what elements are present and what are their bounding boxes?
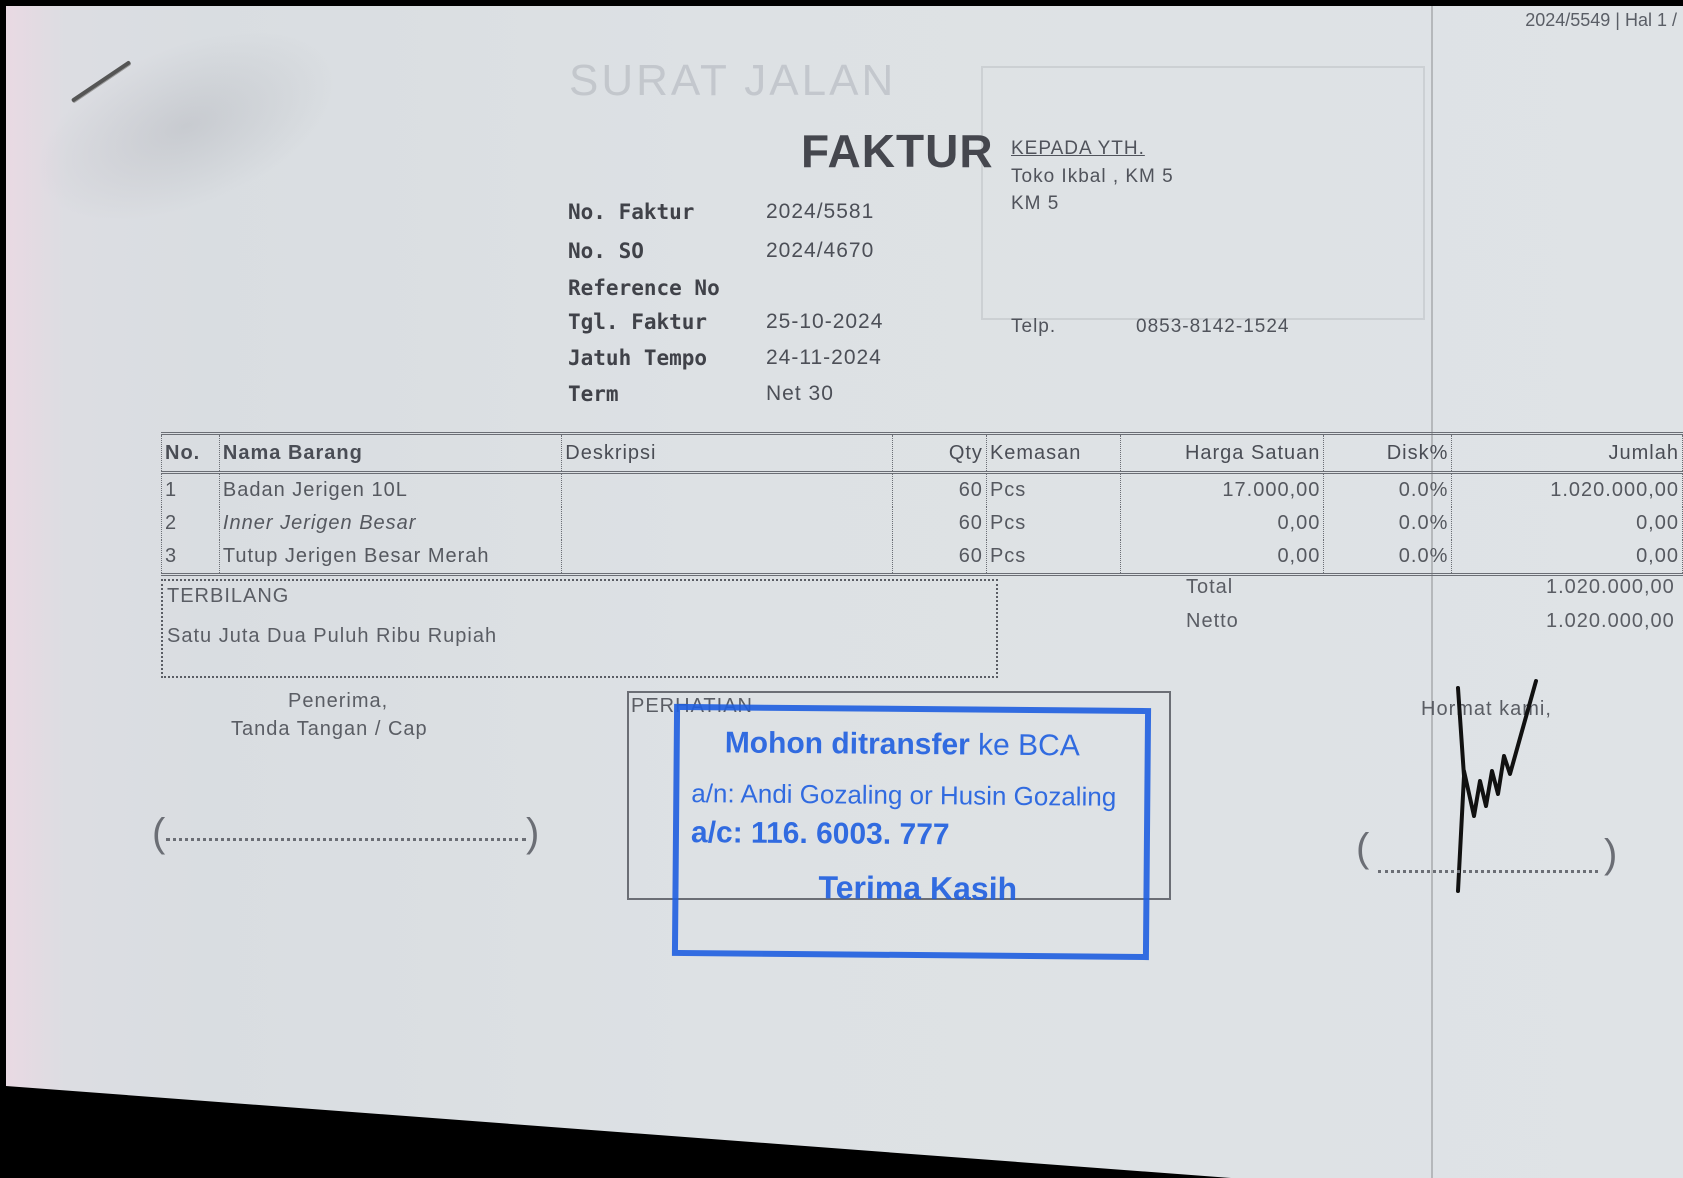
col-header-kemasan: Kemasan [986,434,1121,473]
recipient-heading: KEPADA YTH. [1011,138,1145,160]
invoice-paper: SURAT JALAN 2024/5549 | Hal 1 / FAKTUR K… [6,6,1683,1178]
cell-deskripsi [562,473,893,508]
cell-kemasan: Pcs [986,473,1121,508]
reference-label: Reference No [568,276,720,300]
table-header-row: No. Nama Barang Deskripsi Qty Kemasan Ha… [162,434,1683,473]
cell-kemasan: Pcs [986,540,1121,575]
cell-deskripsi [562,507,893,540]
sender-sign-paren-left: ( [1356,826,1369,871]
jatuh-tempo-value: 24-11-2024 [766,346,882,370]
stamp-line1: Mohon ditransfer ke BCA [725,726,1080,763]
table-row: 1 Badan Jerigen 10L 60 Pcs 17.000,00 0.0… [162,473,1683,508]
cell-disk: 0.0% [1324,507,1452,540]
sender-sign-paren-right: ) [1604,832,1617,877]
cell-jumlah: 1.020.000,00 [1452,473,1683,508]
stamp-line3: a/c: 116. 6003. 777 [691,816,950,852]
table-row: 3 Tutup Jerigen Besar Merah 60 Pcs 0,00 … [162,540,1683,575]
receiver-sign-paren-right: ) [526,811,539,856]
cell-no: 3 [162,540,220,575]
tgl-faktur-label: Tgl. Faktur [568,310,707,334]
stamp-line4: Terima Kasih [818,869,1017,908]
cell-qty: 60 [893,473,986,508]
stamp-line2: a/n: Andi Gozaling or Husin Gozaling [691,778,1116,813]
phone-label: Telp. [1011,316,1056,338]
netto-label: Netto [1186,610,1239,633]
cell-deskripsi [562,540,893,575]
stamp-line1-rest: ke BCA [970,729,1080,763]
term-value: Net 30 [766,382,834,406]
total-value: 1.020.000,00 [1546,576,1675,599]
cell-kemasan: Pcs [986,507,1121,540]
page-title: FAKTUR [801,124,994,178]
tgl-faktur-value: 25-10-2024 [766,310,883,334]
recipient-line2: KM 5 [1011,193,1059,215]
cell-harga: 0,00 [1121,507,1324,540]
handwritten-signature-icon [1446,676,1556,896]
col-header-jumlah: Jumlah [1452,434,1683,473]
ghost-title: SURAT JALAN [569,56,896,106]
col-header-harga: Harga Satuan [1121,434,1324,473]
no-faktur-label: No. Faktur [568,200,694,224]
cell-disk: 0.0% [1324,540,1452,575]
cell-qty: 60 [893,540,986,575]
terbilang-box: TERBILANG Satu Juta Dua Puluh Ribu Rupia… [161,579,998,678]
stamp-line1-bold: Mohon ditransfer [725,726,970,761]
no-faktur-value: 2024/5581 [766,200,874,224]
table-row: 2 Inner Jerigen Besar 60 Pcs 0,00 0.0% 0… [162,507,1683,540]
netto-value: 1.020.000,00 [1546,610,1675,633]
no-so-value: 2024/4670 [766,239,874,263]
fold-line [1431,6,1433,1178]
cell-nama: Tutup Jerigen Besar Merah [219,540,561,575]
cell-harga: 0,00 [1121,540,1324,575]
cell-disk: 0.0% [1324,473,1452,508]
receiver-signature-line [166,838,526,841]
cell-qty: 60 [893,507,986,540]
sender-signature-line [1378,870,1598,873]
terbilang-value: Satu Juta Dua Puluh Ribu Rupiah [167,625,497,648]
top-reference: 2024/5549 | Hal 1 / [1525,10,1677,31]
jatuh-tempo-label: Jatuh Tempo [568,346,707,370]
total-label: Total [1186,576,1233,599]
col-header-no: No. [162,434,220,473]
phone-value: 0853-8142-1524 [1136,316,1289,338]
no-so-label: No. SO [568,239,644,263]
col-header-qty: Qty [893,434,986,473]
paper-shadow [8,0,365,260]
cell-no: 1 [162,473,220,508]
cell-no: 2 [162,507,220,540]
col-header-nama: Nama Barang [219,434,561,473]
term-label: Term [568,382,619,406]
cell-jumlah: 0,00 [1452,507,1683,540]
items-table: No. Nama Barang Deskripsi Qty Kemasan Ha… [161,432,1683,576]
cell-jumlah: 0,00 [1452,540,1683,575]
receiver-sign-paren-left: ( [152,811,165,856]
col-header-disk: Disk% [1324,434,1452,473]
bank-transfer-stamp: Mohon ditransfer ke BCA a/n: Andi Gozali… [672,704,1151,960]
cell-nama: Inner Jerigen Besar [219,507,561,540]
terbilang-label: TERBILANG [167,585,289,608]
recipient-line1: Toko Ikbal , KM 5 [1011,166,1174,188]
col-header-deskripsi: Deskripsi [562,434,893,473]
cell-nama: Badan Jerigen 10L [219,473,561,508]
cell-harga: 17.000,00 [1121,473,1324,508]
receiver-label: Penerima, [288,690,388,713]
receiver-sublabel: Tanda Tangan / Cap [231,718,428,741]
